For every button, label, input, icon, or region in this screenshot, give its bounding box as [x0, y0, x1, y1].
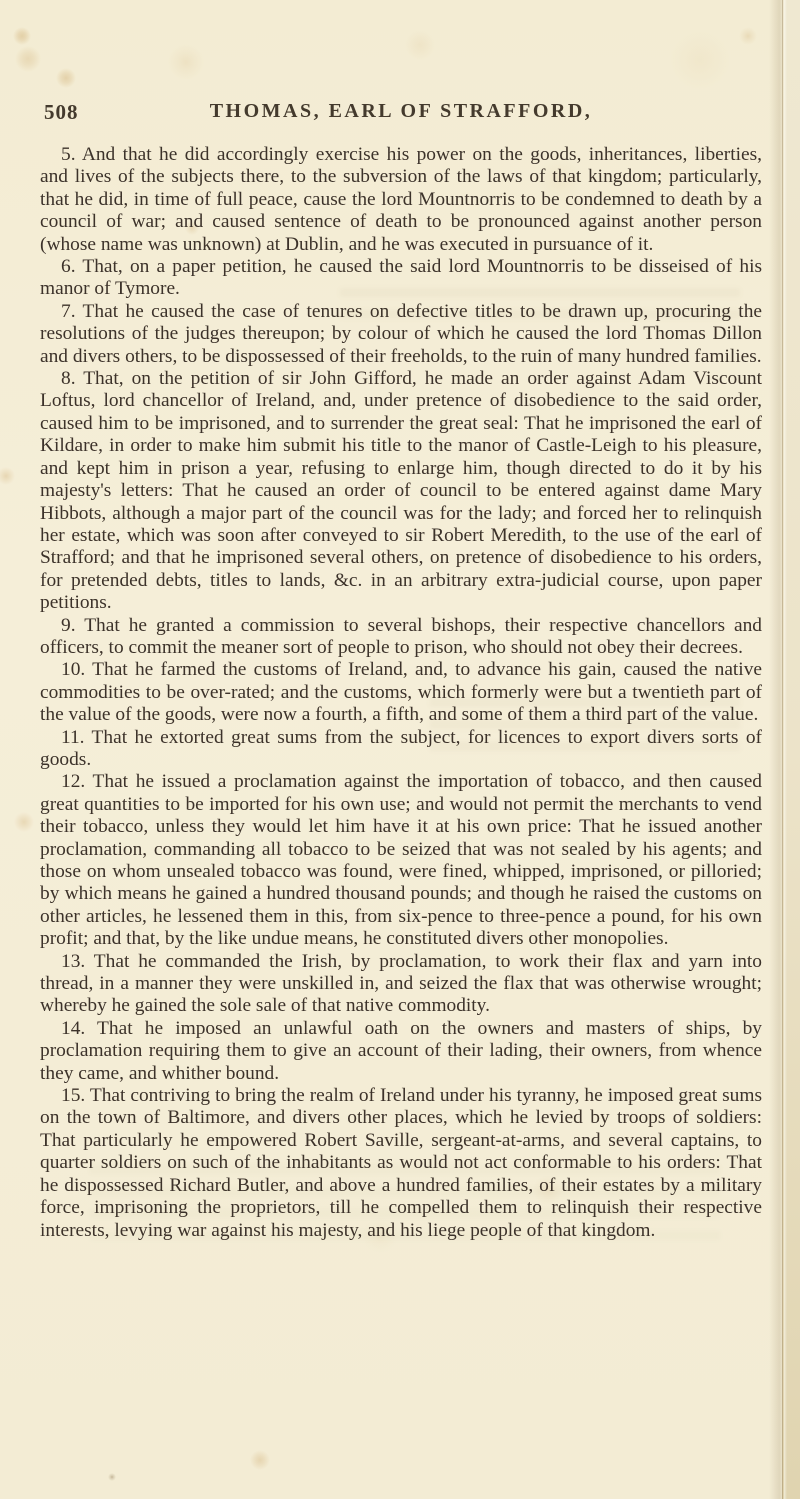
article-paragraph-7: 7. That he caused the case of tenures on… [40, 301, 762, 368]
page-number: 508 [44, 100, 79, 125]
article-paragraph-8: 8. That, on the petition of sir John Gif… [40, 368, 762, 614]
article-paragraph-13: 13. That he commanded the Irish, by proc… [40, 951, 762, 1018]
page-fold-shadow [769, 0, 783, 1499]
article-paragraph-10: 10. That he farmed the customs of Irelan… [40, 659, 762, 726]
article-paragraph-15: 15. That contriving to bring the realm o… [40, 1085, 762, 1242]
article-paragraph-5: 5. And that he did accordingly exercise … [40, 144, 762, 256]
page-body: 5. And that he did accordingly exercise … [40, 144, 762, 1242]
article-paragraph-12: 12. That he issued a proclamation agains… [40, 771, 762, 950]
book-page: 508 THOMAS, EARL OF STRAFFORD, 5. And th… [0, 0, 800, 1499]
article-paragraph-6: 6. That, on a paper petition, he caused … [40, 256, 762, 301]
running-title: THOMAS, EARL OF STRAFFORD, [40, 100, 762, 123]
article-paragraph-11: 11. That he extorted great sums from the… [40, 727, 762, 772]
article-paragraph-9: 9. That he granted a commission to sever… [40, 615, 762, 660]
adjacent-page-edge [782, 0, 800, 1499]
article-paragraph-14: 14. That he imposed an unlawful oath on … [40, 1018, 762, 1085]
running-head: 508 THOMAS, EARL OF STRAFFORD, [40, 100, 762, 126]
